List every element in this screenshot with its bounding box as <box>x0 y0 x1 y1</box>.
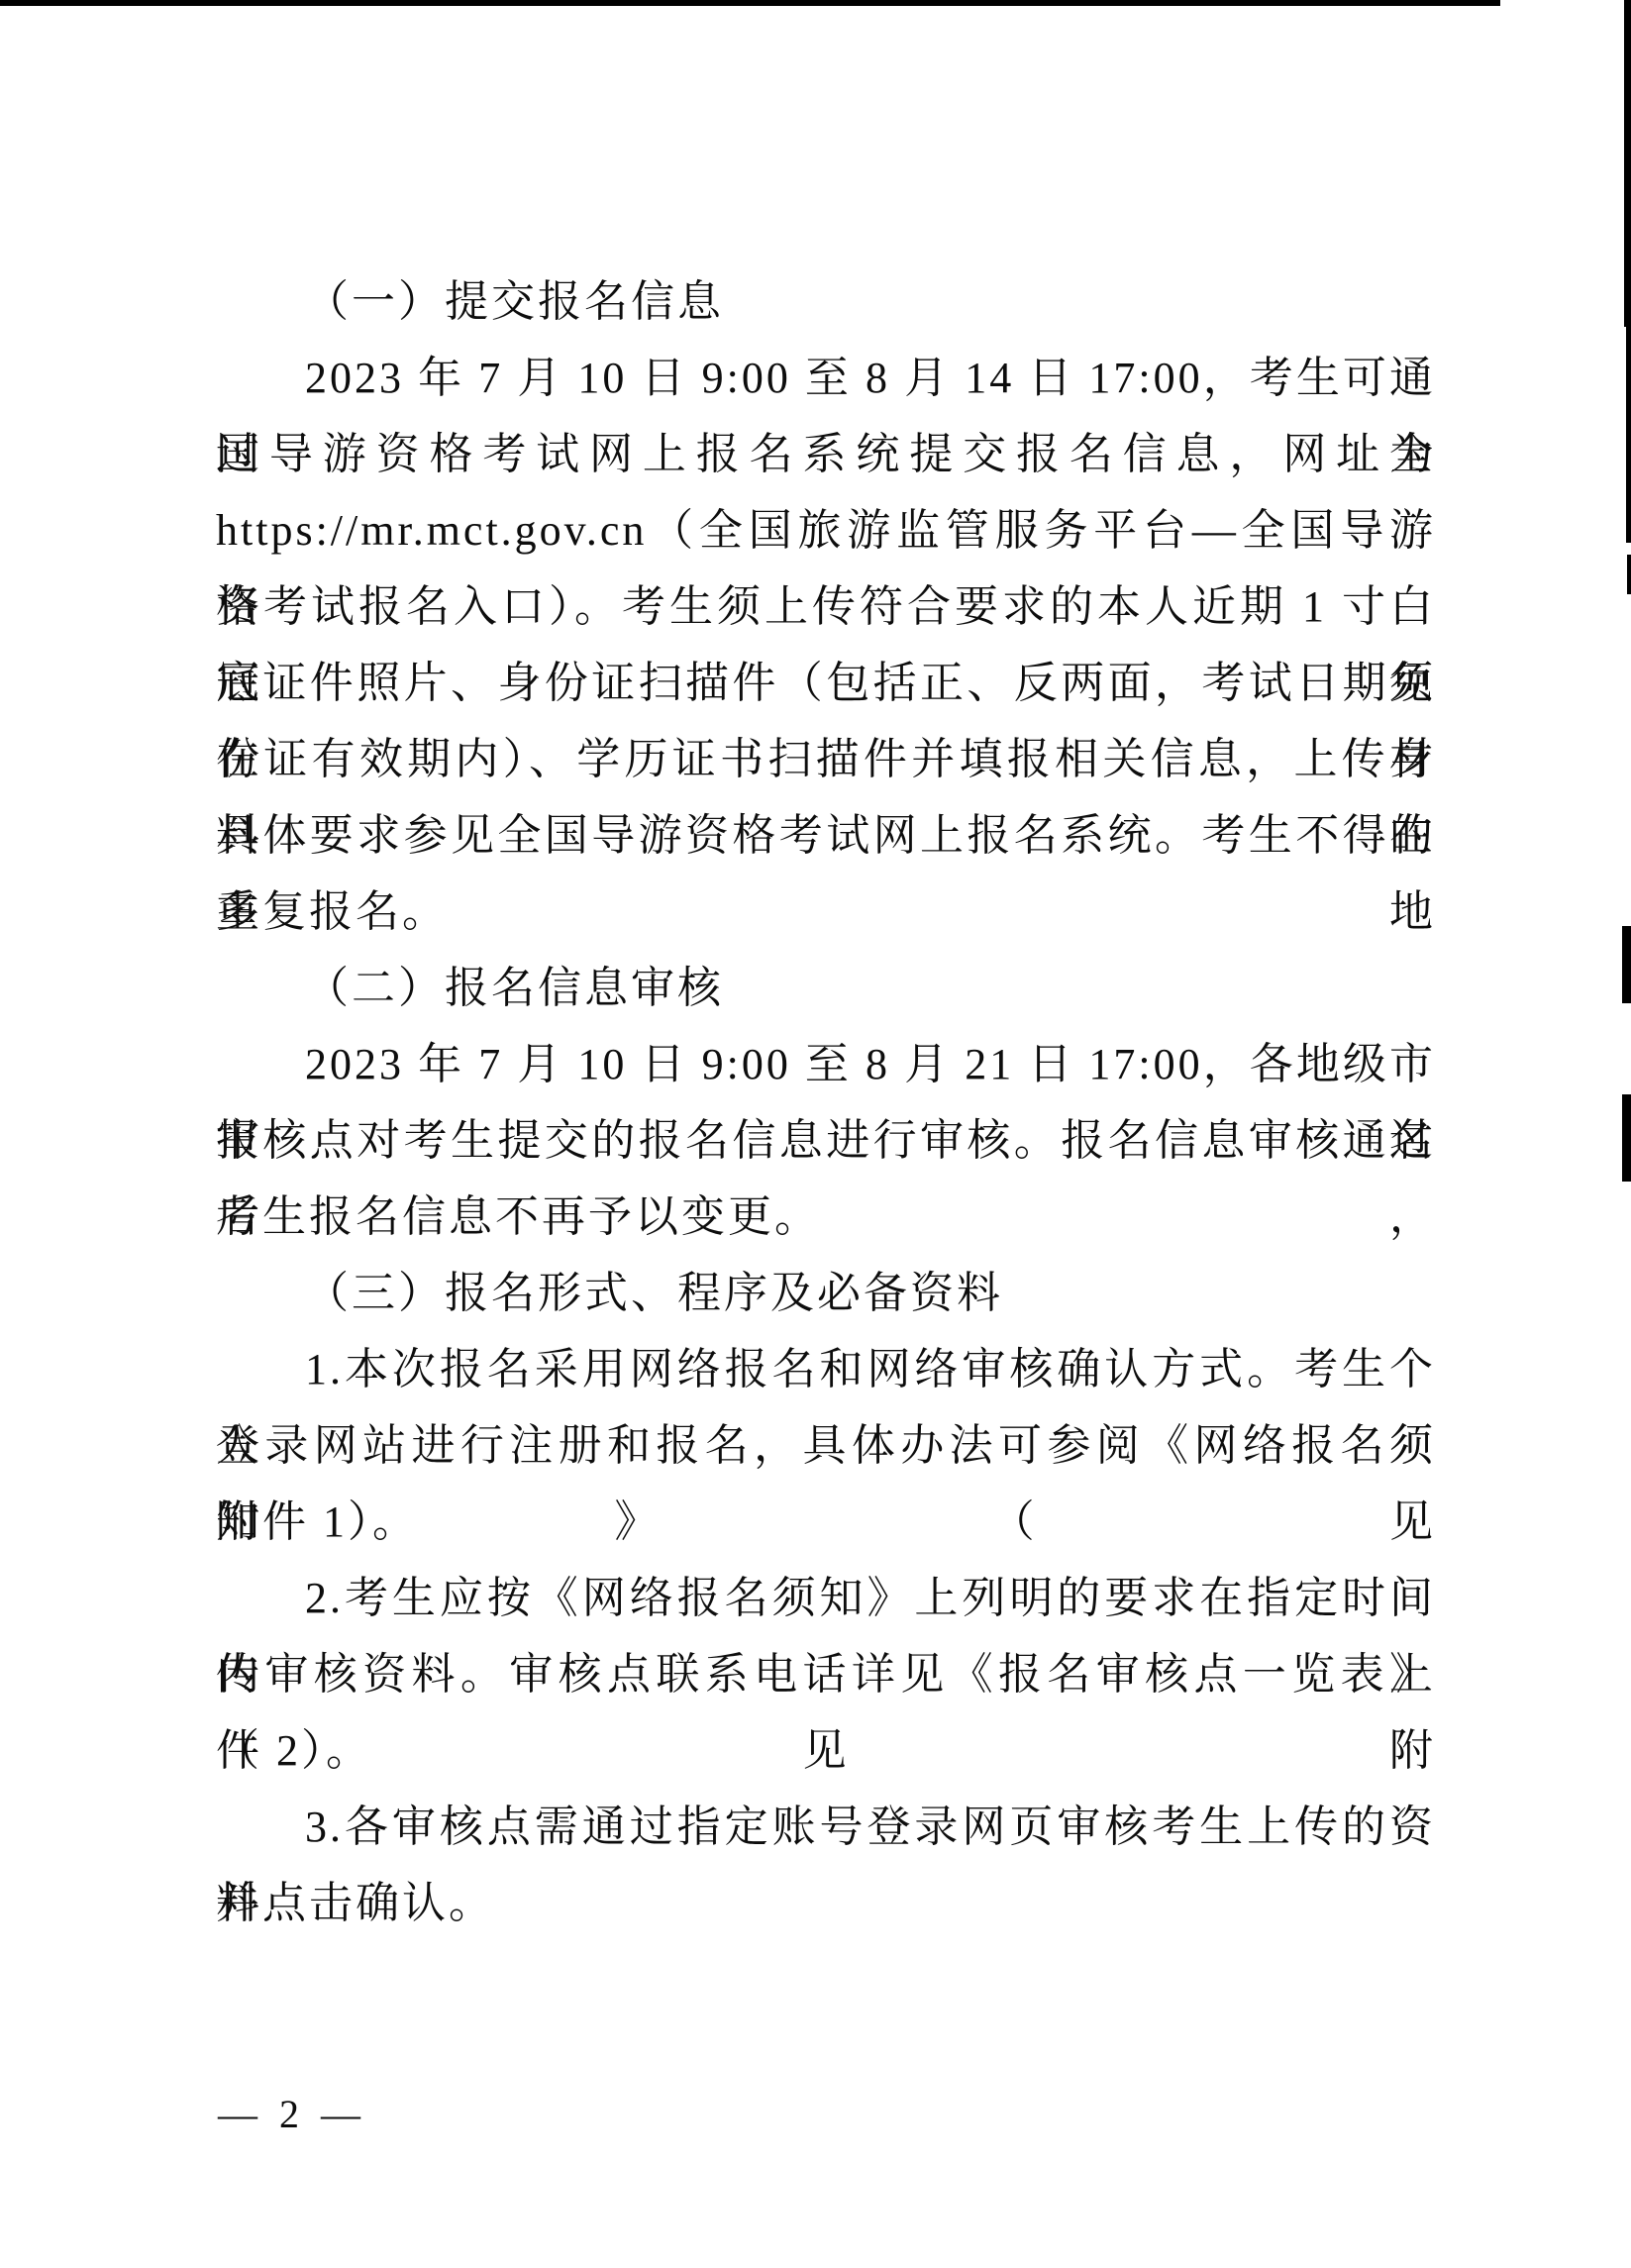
scan-artifact-right-edge-2 <box>1626 327 1631 543</box>
scan-artifact-top-edge <box>0 0 1500 6</box>
scan-artifact-right-edge-4 <box>1622 926 1631 1003</box>
text-line-url: https://mr.mct.gov.cn（全国旅游监管服务平台—全国导游资 <box>216 492 1436 568</box>
text-line: 传审核资料。审核点联系电话详见《报名审核点一览表》（见附 <box>216 1636 1436 1712</box>
page-number: — 2 — <box>218 2088 366 2141</box>
text-line: 3.各审核点需通过指定账号登录网页审核考生上传的资料 <box>216 1789 1436 1865</box>
text-line: 审核点对考生提交的报名信息进行审核。报名信息审核通过后， <box>216 1102 1436 1179</box>
document-page: （一）提交报名信息 2023 年 7 月 10 日 9:00 至 8 月 14 … <box>0 0 1631 2268</box>
section-heading-2: （二）报名信息审核 <box>216 950 1436 1026</box>
text-line: 1.本次报名采用网络报名和网络审核确认方式。考生个人须 <box>216 1331 1436 1407</box>
scan-artifact-right-edge-5 <box>1622 1094 1631 1182</box>
text-line: 份证有效期内）、学历证书扫描件并填报相关信息，上传材料的 <box>216 721 1436 797</box>
scan-artifact-right-edge-1 <box>1624 0 1631 327</box>
text-line: 2023 年 7 月 10 日 9:00 至 8 月 21 日 17:00，各地… <box>216 1026 1436 1102</box>
text-line: 2.考生应按《网络报名须知》上列明的要求在指定时间内上 <box>216 1560 1436 1636</box>
text-line: 格考试报名入口）。考生须上传符合要求的本人近期 1 寸白底免 <box>216 568 1436 645</box>
text-line: 登录网站进行注册和报名，具体办法可参阅《网络报名须知》（见 <box>216 1407 1436 1484</box>
text-line: 并点击确认。 <box>216 1865 1436 1941</box>
text-line: 具体要求参见全国导游资格考试网上报名系统。考生不得在多地 <box>216 797 1436 874</box>
text-line: 2023 年 7 月 10 日 9:00 至 8 月 14 日 17:00，考生… <box>216 340 1436 416</box>
scan-artifact-right-edge-3 <box>1627 555 1631 594</box>
text-line: 冠证件照片、身份证扫描件（包括正、反两面，考试日期须在身 <box>216 645 1436 721</box>
section-heading-1: （一）提交报名信息 <box>216 263 1436 340</box>
section-heading-3: （三）报名形式、程序及必备资料 <box>216 1255 1436 1331</box>
text-line: 国导游资格考试网上报名系统提交报名信息，网址为 <box>216 416 1436 492</box>
document-body: （一）提交报名信息 2023 年 7 月 10 日 9:00 至 8 月 14 … <box>216 263 1436 1941</box>
